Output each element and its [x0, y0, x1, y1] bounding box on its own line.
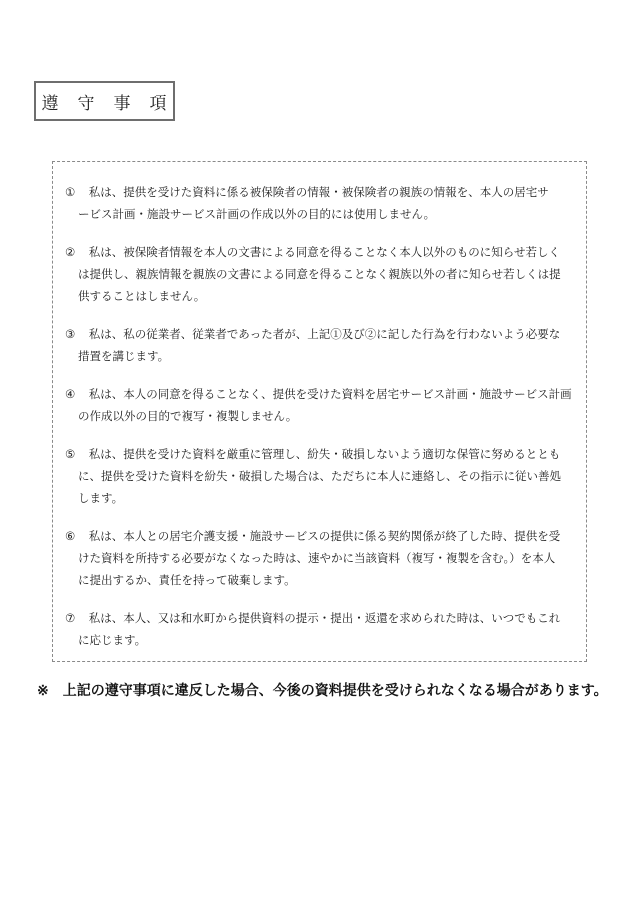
compliance-item-1: ① 私は、提供を受けた資料に係る被保険者の情報・被保険者の親族の情報を、本人の居…	[65, 182, 580, 226]
footnote-text: 上記の遵守事項に違反した場合、今後の資料提供を受けられなくなる場合があります。	[63, 684, 608, 699]
item-number: ⑥	[65, 531, 75, 543]
item-number: ①	[65, 187, 75, 199]
footnote-marker: ※	[37, 684, 49, 699]
compliance-item-6: ⑥ 私は、本人との居宅介護支援・施設サービスの提供に係る契約関係が終了した時、提…	[65, 526, 580, 592]
document-page: 遵 守 事 項 ① 私は、提供を受けた資料に係る被保険者の情報・被保険者の親族の…	[0, 0, 630, 903]
item-number: ⑦	[65, 613, 75, 625]
item-number: ⑤	[65, 449, 75, 461]
compliance-items-box: ① 私は、提供を受けた資料に係る被保険者の情報・被保険者の親族の情報を、本人の居…	[52, 161, 587, 662]
item-text: 私は、本人、又は和水町から提供資料の提示・提出・返還を求められた時は、いつでもこ…	[77, 613, 560, 647]
page-title: 遵 守 事 項	[42, 89, 168, 114]
item-number: ②	[65, 247, 75, 259]
item-text: 私は、私の従業者、従業者であった者が、上記①及び②に記した行為を行わないよう必要…	[77, 329, 560, 363]
item-text: 私は、提供を受けた資料を厳重に管理し、紛失・破損しないよう適切な保管に努めるとと…	[77, 449, 561, 505]
item-text: 私は、被保険者情報を本人の文書による同意を得ることなく本人以外のものに知らせ若し…	[77, 247, 560, 303]
item-text: 私は、提供を受けた資料に係る被保険者の情報・被保険者の親族の情報を、本人の居宅サ…	[77, 187, 549, 221]
item-number: ④	[65, 389, 75, 401]
title-box: 遵 守 事 項	[34, 81, 175, 121]
compliance-item-7: ⑦ 私は、本人、又は和水町から提供資料の提示・提出・返還を求められた時は、いつで…	[65, 608, 580, 652]
item-text: 私は、本人の同意を得ることなく、提供を受けた資料を居宅サービス計画・施設サービス…	[77, 389, 571, 423]
compliance-item-2: ② 私は、被保険者情報を本人の文書による同意を得ることなく本人以外のものに知らせ…	[65, 242, 580, 308]
compliance-item-4: ④ 私は、本人の同意を得ることなく、提供を受けた資料を居宅サービス計画・施設サー…	[65, 384, 580, 428]
item-number: ③	[65, 329, 75, 341]
compliance-item-5: ⑤ 私は、提供を受けた資料を厳重に管理し、紛失・破損しないよう適切な保管に努める…	[65, 444, 580, 510]
footnote: ※上記の遵守事項に違反した場合、今後の資料提供を受けられなくなる場合があります。	[37, 682, 622, 702]
item-text: 私は、本人との居宅介護支援・施設サービスの提供に係る契約関係が終了した時、提供を…	[77, 531, 560, 587]
compliance-item-3: ③ 私は、私の従業者、従業者であった者が、上記①及び②に記した行為を行わないよう…	[65, 324, 580, 368]
